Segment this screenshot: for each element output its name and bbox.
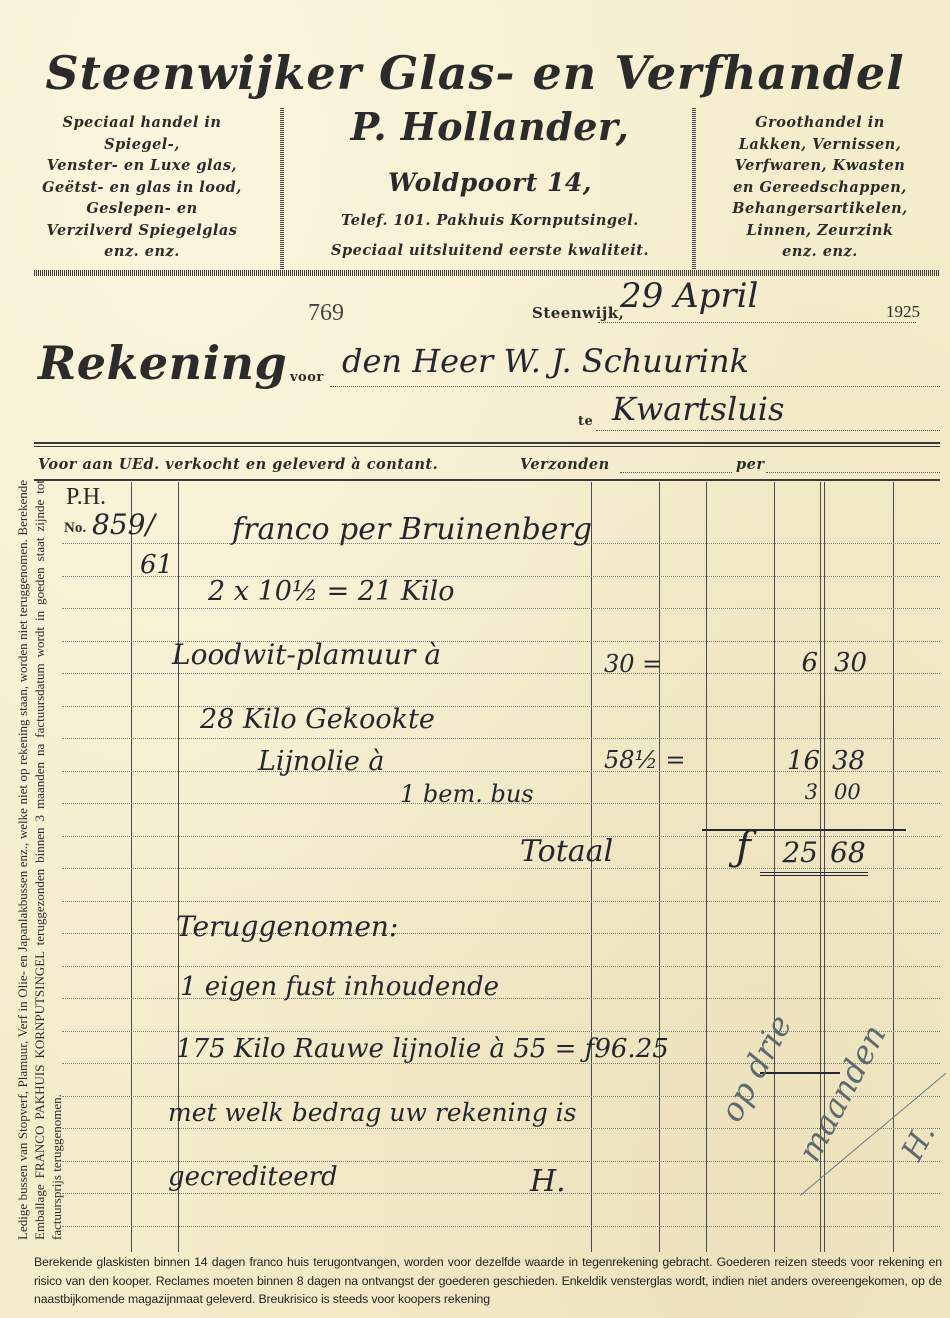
invoice-heading: Rekening [38, 336, 287, 390]
pencil-note: op drie [712, 1009, 799, 1128]
company-title: Steenwijker Glas- en Verfhandel [0, 46, 950, 100]
total-guilders: 25 [772, 836, 818, 869]
pencil-note: maanden [790, 1018, 894, 1168]
date-handwritten: 29 April [620, 276, 758, 316]
line-item-guilders: 3 [790, 780, 818, 804]
total-underline [702, 829, 906, 831]
specialty-line: Spiegel-, [22, 134, 262, 156]
line-item-description: Lijnolie à [258, 746, 385, 777]
wholesale-line: enz. enz. [700, 241, 940, 263]
town-line [596, 430, 940, 431]
header-divider-left [280, 108, 284, 270]
line-item-guilders: 16 [776, 746, 820, 776]
invoice-number: 769 [308, 300, 344, 327]
year: 1925 [886, 302, 920, 322]
date-line [598, 322, 916, 323]
ref-number-bottom: 61 [140, 550, 173, 580]
returns-line: 175 Kilo Rauwe lijnolie à 55 = ƒ96.25 [176, 1034, 669, 1064]
ref-number-top: 859/ [92, 508, 155, 541]
row-line [62, 1226, 940, 1227]
line-item-cents: 38 [832, 746, 865, 776]
line-item-description: 1 bem. bus [400, 780, 534, 808]
line-item-description: 28 Kilo Gekookte [200, 704, 435, 735]
column-line [706, 482, 707, 1252]
place-label: Steenwijk, [532, 304, 624, 322]
wholesale-line: en Gereedschappen, [700, 177, 940, 199]
row-line [62, 1031, 940, 1032]
specialty-line: Venster- en Luxe glas, [22, 155, 262, 177]
quality-line: Speciaal uitsluitend eerste kwaliteit. [290, 242, 690, 259]
column-line [659, 482, 660, 1252]
line-item-description: 2 x 10½ = 21 Kilo [208, 576, 455, 607]
total-double-underline [760, 872, 868, 876]
ph-label: P.H. [66, 484, 106, 511]
per-line [766, 472, 940, 473]
right-wholesale-block: Groothandel in Lakken, Vernissen, Verfwa… [700, 112, 940, 263]
column-line [893, 482, 894, 1252]
wholesale-line: Groothandel in [700, 112, 940, 134]
rule-above-sold-line [34, 442, 940, 447]
wholesale-line: Behangersartikelen, [700, 198, 940, 220]
header-divider-right [692, 108, 696, 270]
te-label: te [578, 414, 593, 429]
address: Woldpoort 14, [290, 168, 690, 197]
row-line [62, 1193, 940, 1194]
specialty-line: Geslepen- en [22, 198, 262, 220]
shipped-label: Verzonden [520, 456, 610, 473]
phone-line: Telef. 101. Pakhuis Kornputsingel. [290, 212, 690, 229]
footer-conditions: Berekende glaskisten binnen 14 dagen fra… [34, 1253, 942, 1309]
header-bottom-rule [34, 270, 940, 276]
shipped-line [620, 472, 732, 473]
total-cents: 68 [830, 836, 866, 869]
sold-line: Voor aan UEd. verkocht en geleverd à con… [38, 456, 438, 473]
line-item-price: 30 = [604, 650, 662, 678]
row-line [62, 901, 940, 902]
wholesale-line: Lakken, Vernissen, [700, 134, 940, 156]
line-item-price: 58½ = [604, 746, 686, 774]
row-line [62, 706, 940, 707]
column-line [178, 482, 179, 1252]
specialty-line: Verzilverd Spiegelglas [22, 220, 262, 242]
line-item-description: Loodwit-plamuur à [172, 638, 441, 671]
specialty-line: enz. enz. [22, 241, 262, 263]
line-item-description: franco per Bruinenberg [232, 512, 592, 547]
table-top-rule [34, 479, 940, 482]
line-item-guilders: 6 [790, 648, 818, 678]
row-line [62, 576, 940, 577]
returns-line: 1 eigen fust inhoudende [180, 972, 499, 1002]
florin-sign: ƒ [736, 824, 751, 870]
line-item-cents: 30 [834, 648, 867, 678]
side-note-empties: Ledige bussen van Stopverf, Plamuur, Ver… [14, 480, 72, 1240]
row-line [62, 738, 940, 739]
proprietor-name: P. Hollander, [290, 104, 690, 149]
voor-label: voor [290, 370, 324, 385]
wholesale-line: Linnen, Zeurzink [700, 220, 940, 242]
specialty-line: Speciaal handel in [22, 112, 262, 134]
returns-line: gecrediteerd [168, 1162, 338, 1192]
recipient-handwritten: den Heer W. J. Schuurink [342, 342, 749, 380]
row-line [62, 1096, 940, 1097]
row-line [62, 608, 940, 609]
specialty-line: Geëtst- en glas in lood, [22, 177, 262, 199]
line-item-cents: 00 [834, 780, 861, 804]
wholesale-line: Verfwaren, Kwasten [700, 155, 940, 177]
per-label: per [736, 456, 765, 473]
returns-heading: Teruggenomen: [176, 910, 398, 943]
column-line [131, 482, 132, 1252]
row-line [62, 966, 940, 967]
left-specialties-block: Speciaal handel in Spiegel-, Venster- en… [22, 112, 262, 263]
pencil-initial: H. [895, 1118, 943, 1166]
recipient-line [330, 386, 940, 387]
total-label: Totaal [520, 834, 613, 869]
signature-initial: H. [530, 1164, 566, 1199]
returns-line: met welk bedrag uw rekening is [168, 1098, 577, 1127]
town-handwritten: Kwartsluis [612, 390, 784, 428]
